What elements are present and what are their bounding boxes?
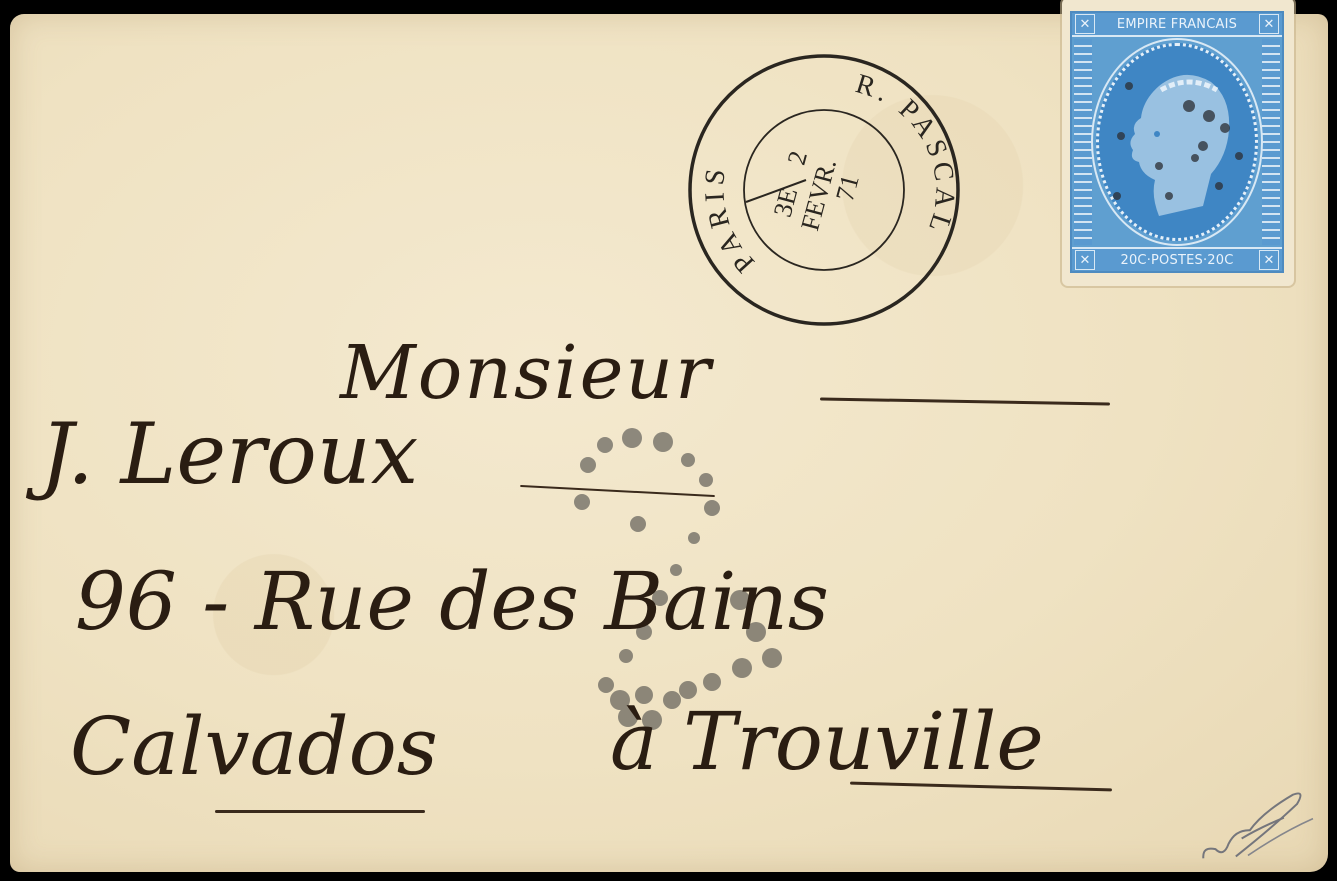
svg-text:R. PASCAL: R. PASCAL <box>852 68 961 240</box>
greek-key-border-left <box>1074 39 1092 245</box>
postage-stamp: ✕ EMPIRE FRANCAIS ✕ ✕ 20C·POSTES·20C <box>1062 0 1294 286</box>
corner-x-icon: ✕ <box>1259 14 1279 34</box>
laureate-head-portrait-icon <box>1099 46 1255 238</box>
stamp-value-text: 20C·POSTES·20C <box>1120 253 1233 268</box>
stamp-design: ✕ EMPIRE FRANCAIS ✕ ✕ 20C·POSTES·20C <box>1070 11 1284 273</box>
address-name: J. Leroux <box>40 405 418 503</box>
postmark-day: 2 <box>782 148 813 168</box>
corner-x-icon: ✕ <box>1075 14 1095 34</box>
address-department: Calvados <box>70 700 438 793</box>
stamp-bottom-band: ✕ 20C·POSTES·20C ✕ <box>1072 247 1282 271</box>
greek-key-border-right <box>1262 39 1280 245</box>
postmark-year: 71 <box>830 172 865 205</box>
stamp-top-text: EMPIRE FRANCAIS <box>1117 17 1237 32</box>
corner-x-icon: ✕ <box>1075 250 1095 270</box>
postmark-office: R. PASCAL <box>852 68 961 240</box>
corner-x-icon: ✕ <box>1259 250 1279 270</box>
postmark-rings-icon: PARIS R. PASCAL 3E FEVR. 2 71 <box>686 52 962 328</box>
portrait-medallion <box>1096 43 1258 241</box>
department-underline <box>215 810 425 813</box>
address-town: à Trouville <box>610 695 1044 788</box>
address-street: 96 - Rue des Bains <box>75 555 829 648</box>
stamp-top-band: ✕ EMPIRE FRANCAIS ✕ <box>1072 13 1282 37</box>
circular-date-postmark: PARIS R. PASCAL 3E FEVR. 2 71 <box>686 52 962 328</box>
address-salutation: Monsieur <box>340 330 712 416</box>
